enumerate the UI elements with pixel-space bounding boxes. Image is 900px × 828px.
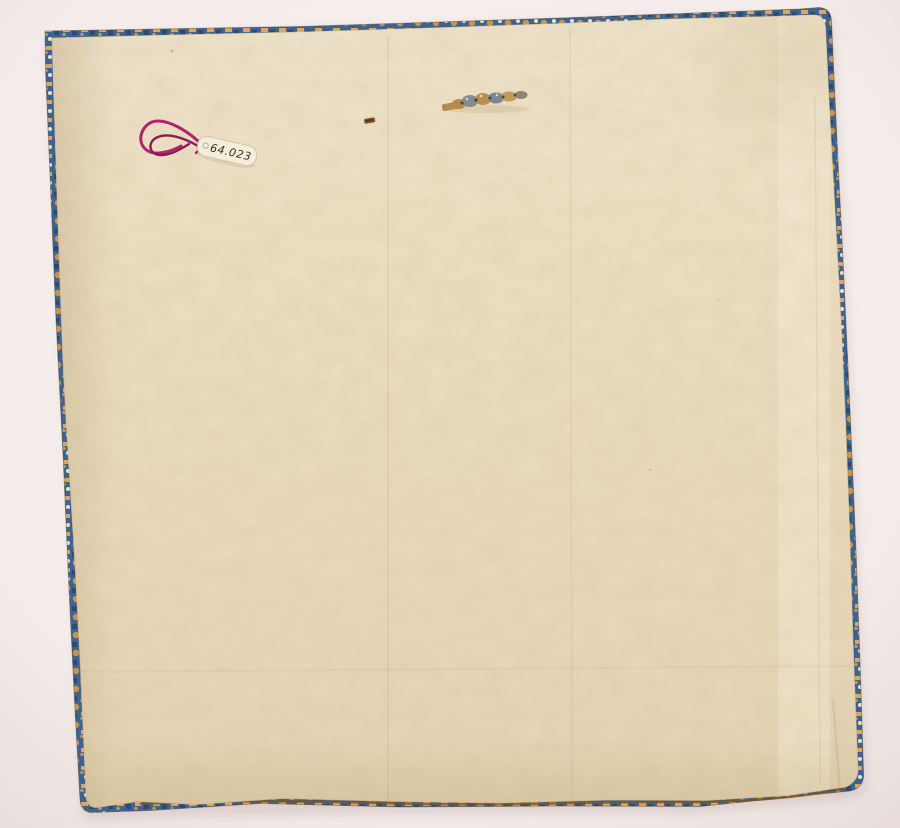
photo-stage: 64.023 — [0, 0, 900, 828]
textile-photo: 64.023 — [0, 0, 900, 828]
small-stain — [171, 50, 174, 53]
small-stain — [717, 299, 719, 301]
tag-hole — [203, 142, 209, 148]
small-stain — [649, 469, 651, 471]
